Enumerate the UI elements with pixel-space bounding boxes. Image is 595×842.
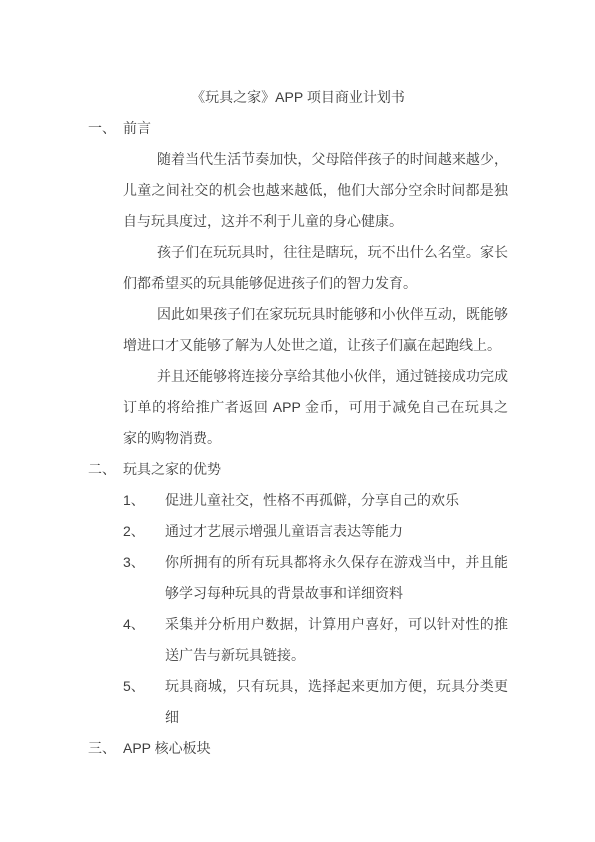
paragraph: 并且还能够将连接分享给其他小伙伴，通过链接成功完成订单的将给推广者返回 APP … [123, 361, 508, 454]
list-item-number: 4、 [123, 609, 165, 671]
list-item: 2、 通过才艺展示增强儿童语言表达等能力 [123, 516, 508, 547]
paragraph: 孩子们在玩玩具时，往往是瞎玩，玩不出什么名堂。家长们都希望买的玩具能够促进孩子们… [123, 237, 508, 299]
section-number: 二、 [88, 454, 123, 485]
list-item: 5、 玩具商城，只有玩具，选择起来更加方便，玩具分类更细 [123, 671, 508, 733]
list-item-number: 5、 [123, 671, 165, 733]
list-item-text: 你所拥有的所有玩具都将永久保存在游戏当中，并且能够学习每种玩具的背景故事和详细资… [165, 547, 508, 609]
paragraph: 因此如果孩子们在家玩玩具时能够和小伙伴互动，既能够增进口才又能够了解为人处世之道… [123, 299, 508, 361]
document-page: 《玩具之家》APP 项目商业计划书 一、 前言 随着当代生活节奏加快，父母陪伴孩… [0, 0, 595, 842]
list-item-text: 通过才艺展示增强儿童语言表达等能力 [165, 516, 508, 547]
paragraph: 随着当代生活节奏加快，父母陪伴孩子的时间越来越少，儿童之间社交的机会也越来越低，… [123, 144, 508, 237]
list-item: 1、 促进儿童社交，性格不再孤僻，分享自己的欢乐 [123, 485, 508, 516]
section-number: 一、 [88, 113, 123, 144]
list-item: 4、 采集并分析用户数据，计算用户喜好，可以针对性的推送广告与新玩具链接。 [123, 609, 508, 671]
section-heading-3: 三、 APP 核心板块 [88, 733, 508, 764]
list-item-text: 玩具商城，只有玩具，选择起来更加方便，玩具分类更细 [165, 671, 508, 733]
list-item: 3、 你所拥有的所有玩具都将永久保存在游戏当中，并且能够学习每种玩具的背景故事和… [123, 547, 508, 609]
document-title: 《玩具之家》APP 项目商业计划书 [88, 82, 508, 113]
section-label: 前言 [123, 113, 508, 144]
section-label: 玩具之家的优势 [123, 454, 508, 485]
section-heading-1: 一、 前言 [88, 113, 508, 144]
list-item-number: 2、 [123, 516, 165, 547]
list-item-number: 1、 [123, 485, 165, 516]
section-heading-2: 二、 玩具之家的优势 [88, 454, 508, 485]
section-label: APP 核心板块 [123, 733, 508, 764]
list-item-number: 3、 [123, 547, 165, 609]
list-item-text: 促进儿童社交，性格不再孤僻，分享自己的欢乐 [165, 485, 508, 516]
section-number: 三、 [88, 733, 123, 764]
document-content: 《玩具之家》APP 项目商业计划书 一、 前言 随着当代生活节奏加快，父母陪伴孩… [88, 82, 508, 764]
list-item-text: 采集并分析用户数据，计算用户喜好，可以针对性的推送广告与新玩具链接。 [165, 609, 508, 671]
